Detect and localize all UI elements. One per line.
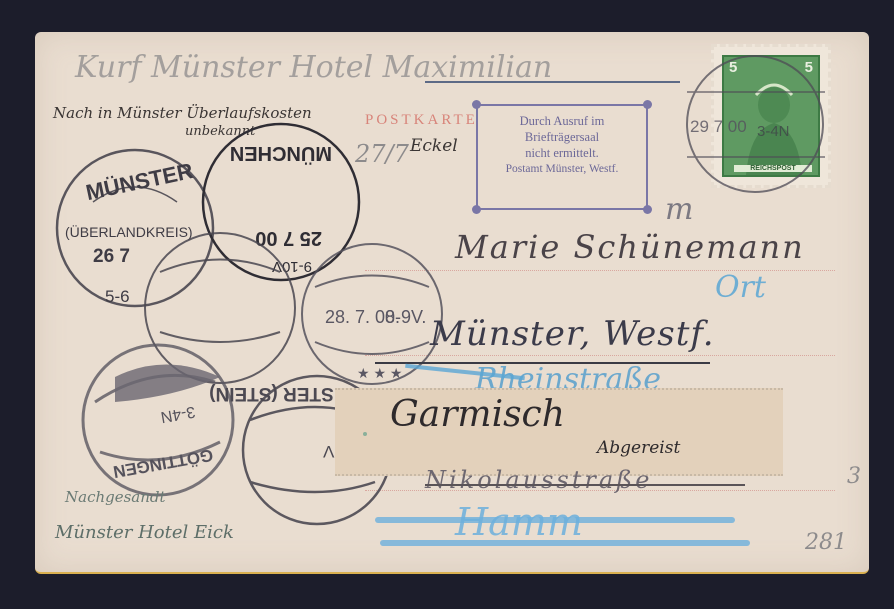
- star-icon: ★ ★ ★: [357, 365, 402, 381]
- slip-city: Garmisch: [390, 394, 565, 435]
- blue-strike-2: [380, 540, 750, 546]
- slip-sub: Abgereist: [597, 438, 680, 458]
- goettingen-time: 3-4N: [159, 403, 196, 426]
- blue-strike-1: [375, 517, 735, 523]
- goettingen-town: GÖTTINGEN: [112, 445, 215, 481]
- muenchen-a-town: MÜNCHEN: [230, 142, 332, 165]
- transit-postmark: [145, 233, 295, 383]
- muenster-town: MÜNSTER: [84, 158, 196, 205]
- muenster-time: 5-6: [105, 287, 130, 306]
- margin-number: 3: [847, 464, 861, 489]
- struck-street: Nikolausstraße: [425, 466, 652, 494]
- muenster-date: 26 7: [93, 246, 130, 267]
- goettingen-smudge: [115, 365, 220, 403]
- corner-number: 281: [805, 530, 847, 555]
- muenchen-a-date: 25 7 00: [255, 227, 322, 249]
- addressee-name: Marie Schünemann: [455, 228, 805, 266]
- m-note: m: [665, 192, 693, 227]
- muenster-district: (ÜBERLANDKREIS): [65, 223, 193, 240]
- berlin-time: 3-4N: [757, 123, 790, 140]
- blue-scrawl-ort: Ort: [715, 270, 766, 305]
- muenchen-b-time: 8-9V.: [385, 307, 426, 327]
- forwarding-slip: Garmisch Abgereist: [335, 388, 783, 476]
- postcard: Kurf Münster Hotel Maximilian Nach in Mü…: [35, 32, 869, 574]
- berlin-date: 29 7 00: [690, 117, 747, 136]
- bottom-left-note-2: Münster Hotel Eick: [55, 522, 234, 543]
- city-westf: Münster, Westf.: [430, 314, 715, 354]
- slip-pin-dot: [363, 432, 367, 436]
- street-strike-line: [425, 484, 745, 486]
- bottom-left-note-1: Nachgesandt: [65, 488, 166, 506]
